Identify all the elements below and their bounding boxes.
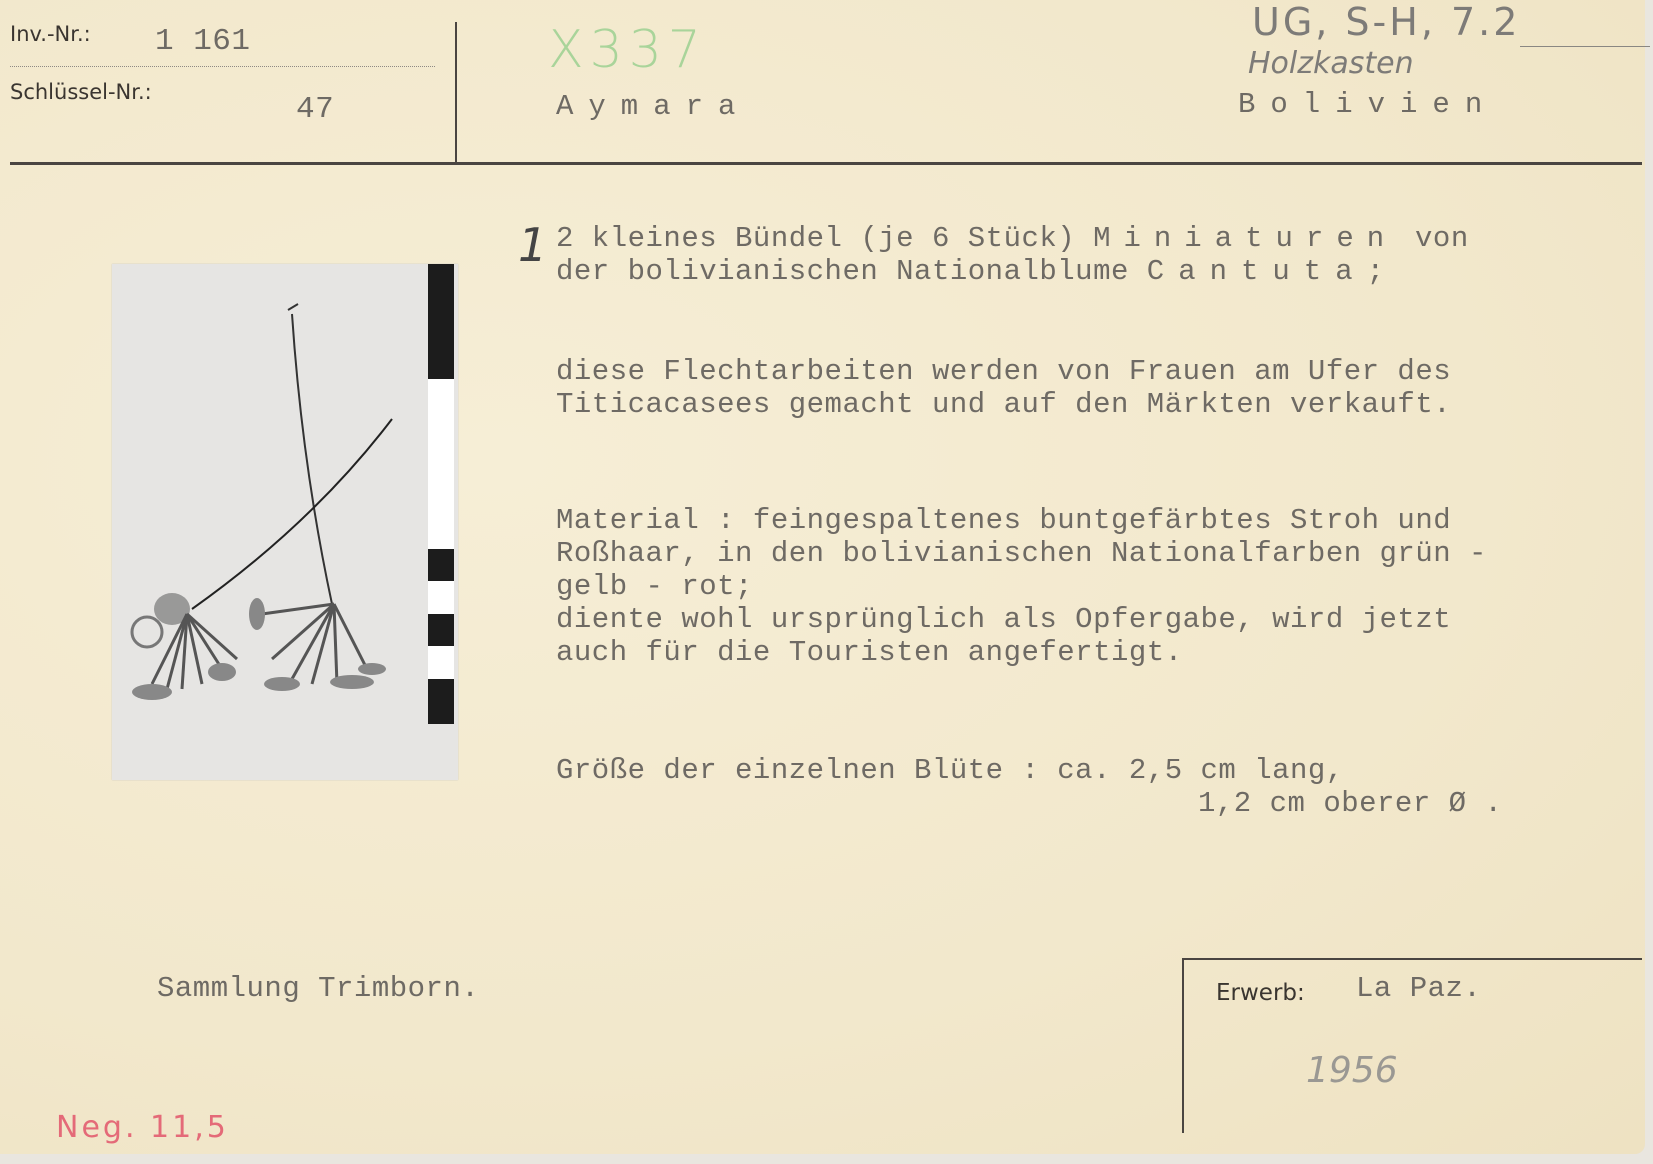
acquisition-label: Erwerb:	[1216, 980, 1305, 1006]
collection-name: Sammlung Trimborn.	[157, 972, 479, 1005]
header-vertical-divider	[455, 22, 457, 163]
inv-label: Inv.-Nr.:	[10, 22, 91, 46]
description-text: 2 kleines Bündel (je 6 Stück)	[556, 222, 1093, 255]
storage-note: Holzkasten	[1248, 46, 1414, 81]
inv-value: 1 161	[155, 24, 251, 59]
description-text: von	[1397, 222, 1469, 255]
country: Bolivien	[1238, 88, 1497, 121]
ethnic-group: Aymara	[556, 90, 750, 123]
catalog-card: Inv.-Nr.: 1 161 Schlüssel-Nr.: 47 X337 A…	[0, 0, 1645, 1154]
material-line-4: diente wohl ursprünglich als Opfergabe, …	[556, 603, 1451, 636]
description-text: ;	[1367, 255, 1385, 288]
material-line-5: auch für die Touristen angefertigt.	[556, 636, 1183, 669]
description-line-1: 2 kleines Bündel (je 6 Stück) Miniaturen…	[556, 222, 1469, 255]
origin-line-1: diese Flechtarbeiten werden von Frauen a…	[556, 355, 1451, 388]
flower-bundles-illustration	[112, 264, 458, 780]
header-rule	[10, 162, 1642, 165]
size-line-2: 1,2 cm oberer Ø .	[1198, 787, 1502, 820]
inv-divider	[10, 66, 435, 67]
handwritten-code: X337	[548, 20, 707, 80]
material-line-3: gelb - rot;	[556, 570, 753, 603]
key-value: 47	[296, 92, 334, 127]
description-text: der bolivianischen Nationalblume	[556, 255, 1147, 288]
acquisition-year: 1956	[1306, 1050, 1398, 1091]
location-code: UG, S-H, 7.2	[1252, 0, 1520, 44]
handwritten-quantity-correction: 1	[518, 218, 547, 272]
key-label: Schlüssel-Nr.:	[10, 80, 152, 104]
cantuta-text: Cantuta	[1147, 255, 1367, 288]
material-line-2: Roßhaar, in den bolivianischen Nationalf…	[556, 537, 1487, 570]
acquisition-place: La Paz.	[1356, 972, 1481, 1005]
origin-line-2: Titicacasees gemacht und auf den Märkten…	[556, 388, 1451, 421]
acquisition-box-top	[1182, 958, 1642, 960]
miniaturen-text: Miniaturen	[1093, 222, 1397, 255]
location-underline	[1520, 46, 1650, 47]
negative-reference: Neg. 11,5	[56, 1110, 229, 1145]
scale-bar	[428, 264, 454, 724]
object-photo	[112, 264, 458, 780]
material-line-1: Material : feingespaltenes buntgefärbtes…	[556, 504, 1451, 537]
description-line-2: der bolivianischen Nationalblume Cantuta…	[556, 255, 1385, 288]
acquisition-box-left	[1182, 958, 1184, 1133]
size-line-1: Größe der einzelnen Blüte : ca. 2,5 cm l…	[556, 754, 1344, 787]
